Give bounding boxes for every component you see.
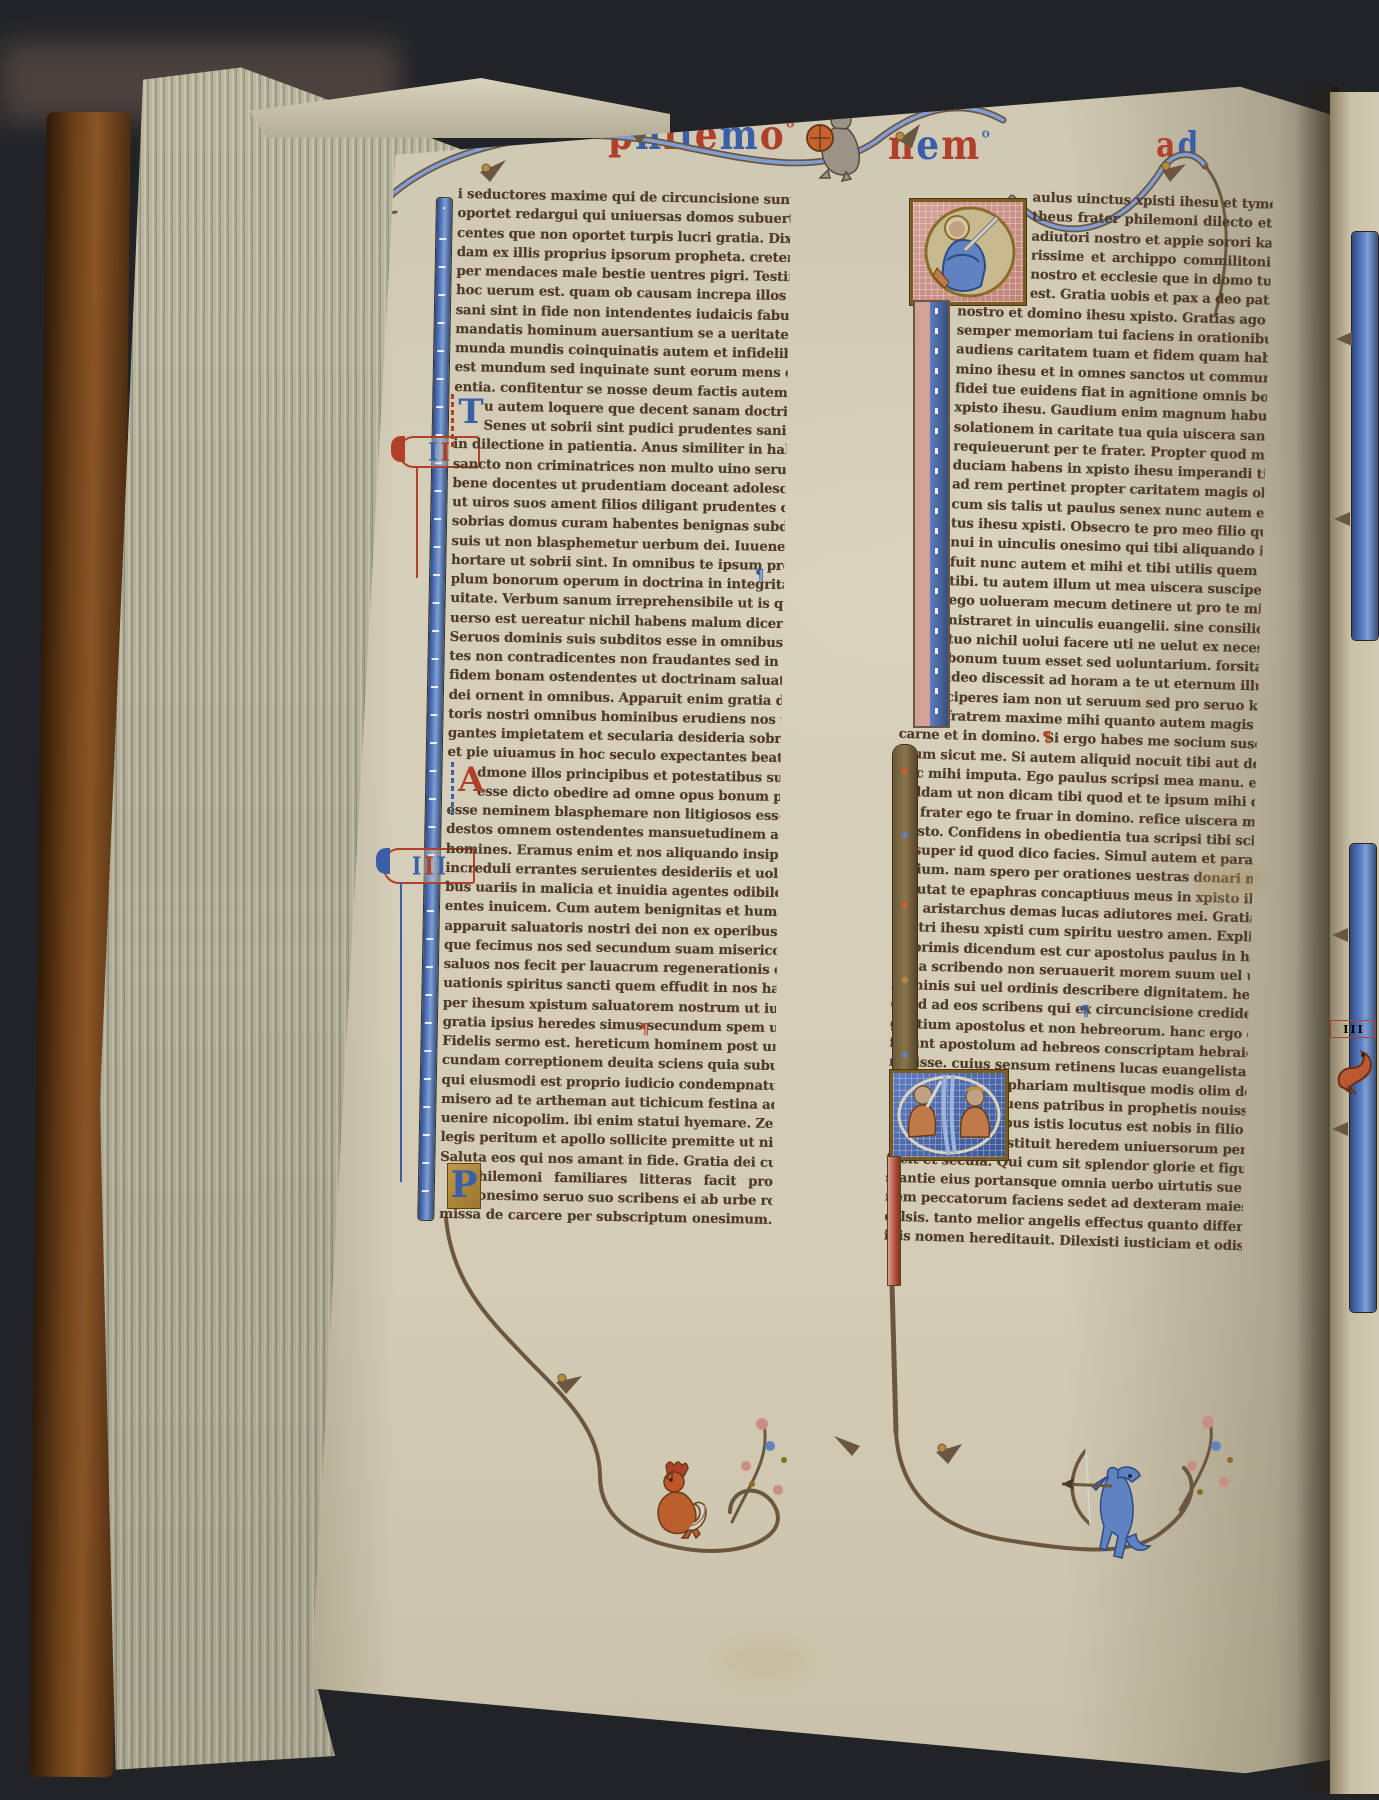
thorn-flourish [1334, 512, 1350, 526]
paraph-mark: ¶ [755, 566, 765, 584]
paraph-mark: ¶ [1042, 728, 1052, 746]
parchment-stain [720, 1640, 810, 1680]
historiated-initial-M-two-figures: m [893, 1073, 1005, 1157]
text-column-left: i seductores maxime qui de circuncisione… [439, 185, 791, 1232]
initial-P-descender-bar [915, 302, 948, 726]
archer-beast-drollery-icon [1056, 1440, 1176, 1564]
thorn-flourish [1332, 928, 1348, 942]
initial-titus2: T [458, 392, 484, 432]
cartouche-cap [391, 436, 405, 462]
hare-drollery-icon [802, 86, 876, 182]
manuscript-page: ɔadᵒ philemoᵒ nemᵒ ad [300, 80, 1360, 1780]
facing-bar-border-upper [1352, 232, 1378, 640]
initial-prologue-philemon: P [448, 1164, 480, 1208]
thorn-flourish [1332, 1122, 1348, 1136]
historiated-initial-P-paul [913, 202, 1023, 302]
paraph-mark: ¶ [1080, 1002, 1090, 1020]
st-paul-with-sword-figure [913, 202, 1023, 302]
parchment-stain [1195, 865, 1255, 905]
facing-chapter-numeral: III [1330, 1020, 1376, 1038]
thorn-flourish [1336, 332, 1352, 346]
cartouche-tail-red [416, 466, 418, 578]
initial-titus3: A [458, 760, 484, 800]
rooster-drollery-icon [644, 1460, 710, 1548]
manuscript-photo: { "header": { "ad": [["ɔ","r",1],["a","r… [0, 0, 1379, 1800]
cartouche-cap [376, 848, 390, 874]
red-wyvern-drollery-icon [1332, 1042, 1378, 1098]
cartouche-tail-blue [400, 882, 402, 1182]
initial-M-tail-bar [888, 1157, 900, 1285]
facing-page-edge: III [1330, 92, 1379, 1794]
paraph-mark: ¶ [640, 1020, 650, 1038]
